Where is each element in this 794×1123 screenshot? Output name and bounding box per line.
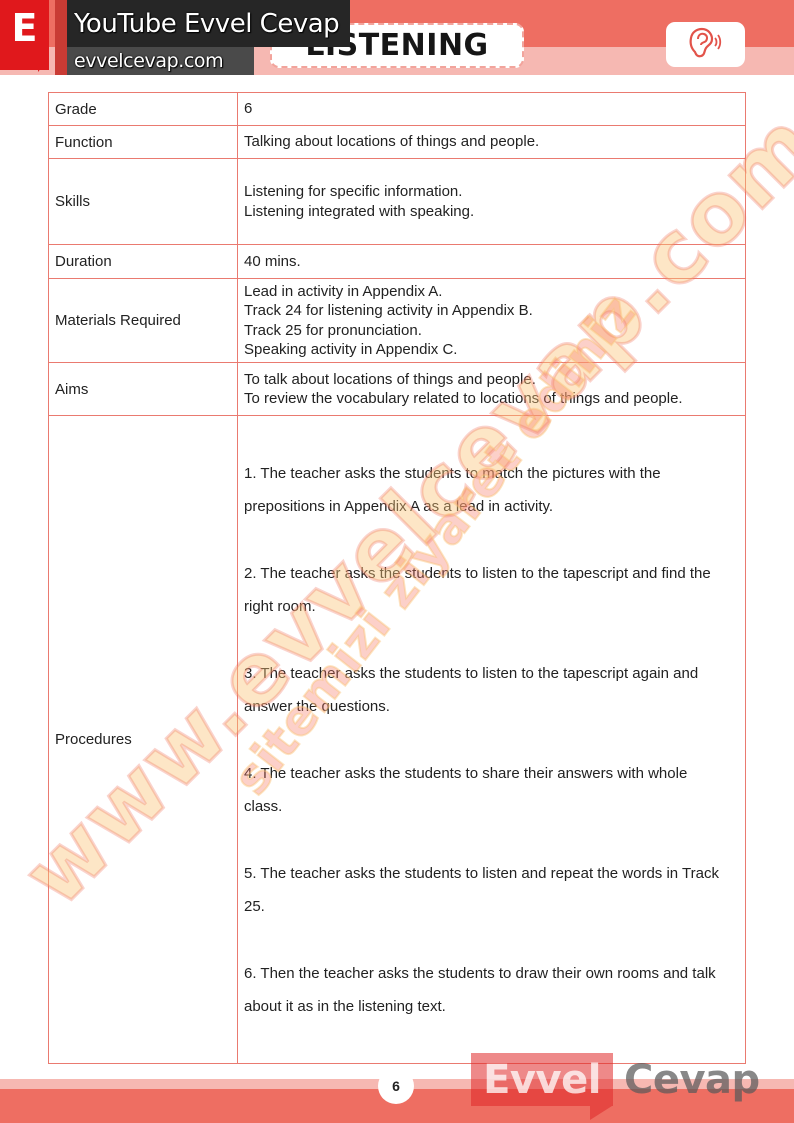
ear-listening-icon (686, 26, 726, 64)
table-row-duration: Duration40 mins. (49, 245, 746, 279)
footer-logo-tail (590, 1106, 612, 1120)
procedure-steps: 1. The teacher asks the students to matc… (238, 416, 746, 1064)
row-label: Duration (49, 245, 238, 279)
procedure-step: 3. The teacher asks the students to list… (244, 657, 739, 723)
row-value-line: Listening integrated with speaking. (244, 202, 739, 222)
page-number: 6 (378, 1068, 414, 1104)
row-value-line: Talking about locations of things and pe… (244, 132, 739, 152)
footer-logo-cevap: Cevap (624, 1053, 760, 1106)
row-label: Function (49, 126, 238, 159)
procedure-step: 6. Then the teacher asks the students to… (244, 957, 739, 1023)
row-value-line: To review the vocabulary related to loca… (244, 389, 739, 409)
table-row-function: FunctionTalking about locations of thing… (49, 126, 746, 159)
row-value-line: 6 (244, 99, 739, 119)
brand-logo-tail (38, 58, 49, 72)
procedure-step: 4. The teacher asks the students to shar… (244, 757, 739, 823)
row-label: Procedures (49, 416, 238, 1064)
footer-logo-evvel: Evvel (483, 1057, 601, 1103)
row-value: 6 (238, 93, 746, 126)
row-value-line: Listening for specific information. (244, 182, 739, 202)
row-label: Skills (49, 159, 238, 245)
row-value-line: To talk about locations of things and pe… (244, 370, 739, 390)
row-value: 40 mins. (238, 245, 746, 279)
brand-strip (55, 0, 67, 75)
row-value-line: Track 24 for listening activity in Appen… (244, 301, 739, 321)
lesson-plan-table: Grade6FunctionTalking about locations of… (48, 92, 746, 1064)
site-url-text: evvelcevap.com (74, 50, 223, 72)
row-value-line: Speaking activity in Appendix C. (244, 340, 739, 360)
youtube-channel-text: YouTube Evvel Cevap (74, 9, 339, 39)
row-value: Talking about locations of things and pe… (238, 126, 746, 159)
row-value-line: 40 mins. (244, 252, 739, 272)
procedure-step: 1. The teacher asks the students to matc… (244, 457, 739, 523)
table-row-procedures: Procedures1. The teacher asks the studen… (49, 416, 746, 1064)
table-row-materials-required: Materials RequiredLead in activity in Ap… (49, 279, 746, 363)
site-banner: evvelcevap.com (67, 47, 254, 75)
table-row-skills: SkillsListening for specific information… (49, 159, 746, 245)
brand-logo-letter: E (12, 6, 38, 50)
table-row-grade: Grade6 (49, 93, 746, 126)
row-value-line: Track 25 for pronunciation. (244, 321, 739, 341)
row-value: Listening for specific information.Liste… (238, 159, 746, 245)
row-value-line: Lead in activity in Appendix A. (244, 282, 739, 302)
row-value: To talk about locations of things and pe… (238, 363, 746, 416)
row-label: Grade (49, 93, 238, 126)
row-value: Lead in activity in Appendix A.Track 24 … (238, 279, 746, 363)
footer-logo: Evvel (471, 1053, 613, 1106)
row-label: Aims (49, 363, 238, 416)
row-label: Materials Required (49, 279, 238, 363)
procedure-step: 5. The teacher asks the students to list… (244, 857, 739, 923)
table-row-aims: AimsTo talk about locations of things an… (49, 363, 746, 416)
youtube-banner: YouTube Evvel Cevap (67, 0, 350, 47)
listening-badge (666, 22, 745, 67)
procedure-step: 2. The teacher asks the students to list… (244, 557, 739, 623)
